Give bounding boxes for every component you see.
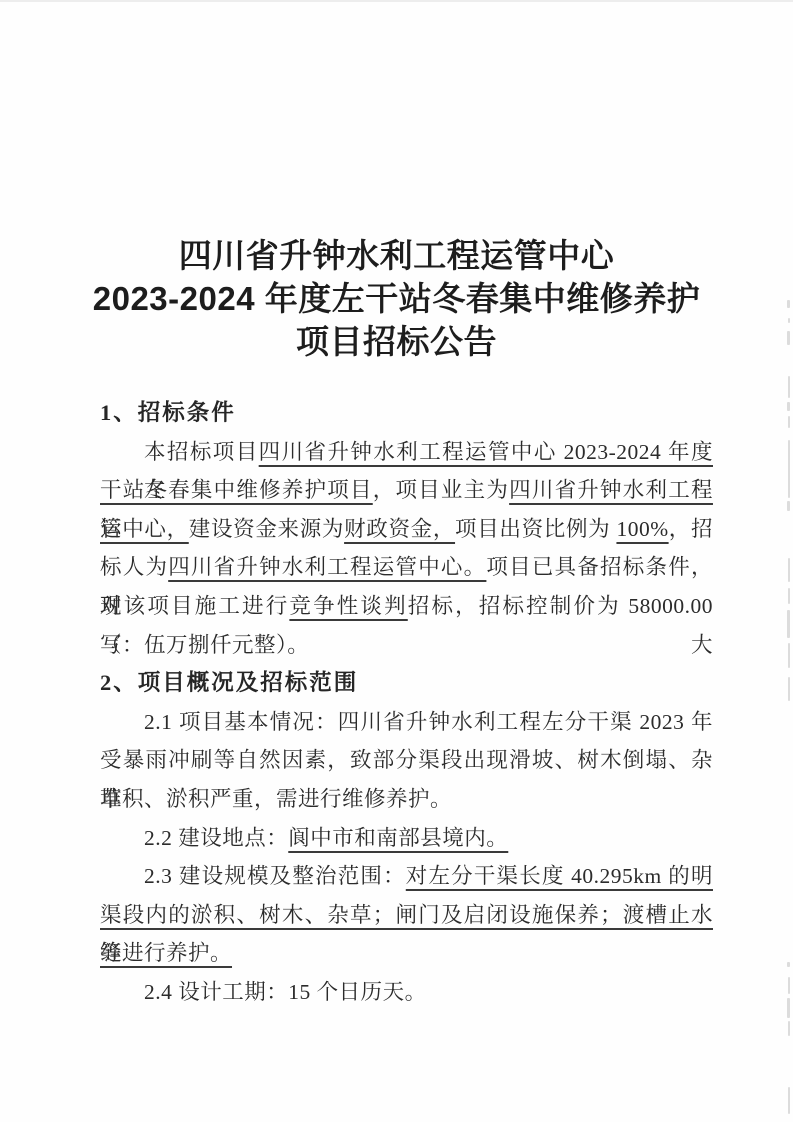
- scan-artifact: [787, 331, 790, 345]
- section-heading: 2、项目概况及招标范围: [100, 664, 713, 703]
- title-line-3: 项目招标公告: [0, 320, 793, 363]
- body-text: 堆积、淤积严重，需进行维修养护。: [100, 787, 452, 811]
- scan-artifact: [788, 376, 790, 398]
- body-text: ，招: [669, 517, 713, 541]
- document-line: 管中心，建设资金来源为财政资金，项目出资比例为 100%，招: [100, 510, 713, 549]
- body-text: 写：伍万捌仟元整）。: [100, 633, 309, 657]
- underlined-text: 管中心，: [100, 517, 189, 541]
- title-line-2: 2023-2024 年度左干站冬春集中维修养护: [0, 277, 793, 320]
- document-line: 2.2 建设地点：阆中市和南部县境内。: [100, 819, 713, 858]
- document-title: 四川省升钟水利工程运管中心 2023-2024 年度左干站冬春集中维修养护 项目…: [0, 234, 793, 363]
- underlined-text: 对左分干渠长度 40.295km 的明: [406, 864, 713, 888]
- body-text: 2.4 设计工期：15 个日历天。: [144, 980, 427, 1004]
- document-line: 对该项目施工进行竞争性谈判招标，招标控制价为 58000.00（大: [100, 587, 713, 626]
- body-text: 项目出资比例为: [455, 517, 616, 541]
- underlined-text: 100%: [616, 517, 668, 541]
- scan-artifact: [787, 300, 790, 308]
- scan-artifact: [788, 558, 790, 582]
- body-text: 2.3 建设规模及整治范围：: [144, 864, 406, 888]
- body-text: 建设资金来源为: [189, 517, 344, 541]
- scan-edge: [0, 0, 793, 2]
- scan-artifact: [787, 501, 790, 511]
- scan-artifact: [788, 1087, 790, 1114]
- document-body: 1、招标条件本招标项目四川省升钟水利工程运管中心 2023-2024 年度左干站…: [100, 394, 713, 1012]
- scan-artifact: [788, 318, 790, 323]
- scan-artifact: [787, 998, 790, 1018]
- document-line: 标人为四川省升钟水利工程运管中心。项目已具备招标条件，现: [100, 548, 713, 587]
- title-line-1: 四川省升钟水利工程运管中心: [0, 234, 793, 277]
- body-text: 对该项目施工进行: [100, 594, 289, 618]
- scan-artifact: [787, 962, 790, 967]
- document-line: 受暴雨冲刷等自然因素，致部分渠段出现滑坡、树木倒塌、杂草: [100, 741, 713, 780]
- underlined-text: 干站冬春集中维修养护项目: [100, 478, 373, 502]
- scan-artifact: [788, 416, 790, 428]
- body-text: ，项目业主为: [373, 478, 509, 502]
- body-text: 本招标项目: [144, 440, 259, 464]
- document-line: 2.1 项目基本情况：四川省升钟水利工程左分干渠 2023 年: [100, 703, 713, 742]
- underlined-text: 竞争性谈判: [289, 594, 407, 618]
- underlined-text: 等进行养护。: [100, 941, 232, 965]
- document-line: 本招标项目四川省升钟水利工程运管中心 2023-2024 年度左: [100, 433, 713, 472]
- body-text: 2.2 建设地点：: [144, 826, 288, 850]
- scan-artifact: [788, 643, 790, 668]
- document-line: 2.3 建设规模及整治范围：对左分干渠长度 40.295km 的明: [100, 857, 713, 896]
- scan-artifact: [788, 1021, 790, 1036]
- document-page: 四川省升钟水利工程运管中心 2023-2024 年度左干站冬春集中维修养护 项目…: [0, 0, 793, 1122]
- underlined-text: 四川省升钟水利工程运管中心。: [168, 555, 486, 579]
- document-line: 干站冬春集中维修养护项目，项目业主为四川省升钟水利工程运: [100, 471, 713, 510]
- scan-artifact: [787, 610, 790, 638]
- document-line: 2.4 设计工期：15 个日历天。: [100, 973, 713, 1012]
- scan-artifact: [788, 588, 790, 604]
- scan-artifact: [788, 977, 790, 994]
- scan-artifact: [788, 440, 790, 498]
- scan-artifact: [787, 402, 790, 411]
- section-heading: 1、招标条件: [100, 394, 713, 433]
- document-line: 等进行养护。: [100, 934, 713, 973]
- underlined-text: 财政资金，: [344, 517, 455, 541]
- body-text: 标人为: [100, 555, 168, 579]
- underlined-text: 阆中市和南部县境内。: [288, 826, 508, 850]
- body-text: 2.1 项目基本情况：四川省升钟水利工程左分干渠 2023 年: [144, 710, 713, 734]
- document-line: 堆积、淤积严重，需进行维修养护。: [100, 780, 713, 819]
- document-line: 渠段内的淤积、树木、杂草；闸门及启闭设施保养；渡槽止水缝: [100, 896, 713, 935]
- scan-artifact: [788, 677, 790, 701]
